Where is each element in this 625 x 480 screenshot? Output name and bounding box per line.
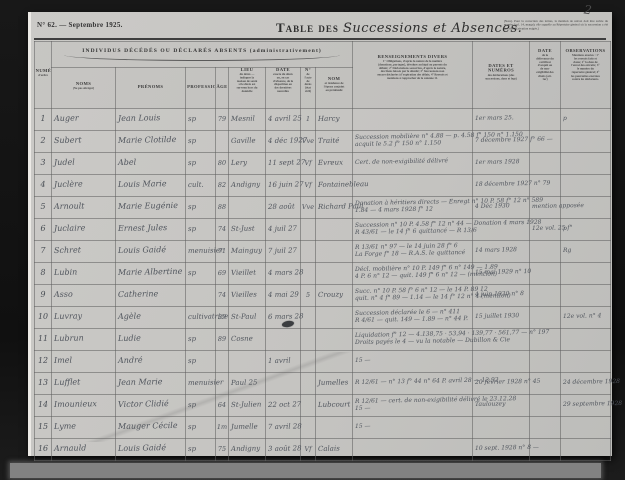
page-title-main: Successions et Absences. bbox=[343, 21, 522, 36]
cell-date: 4 mai 29 bbox=[266, 284, 301, 306]
column-header-noms: NOMS(Ne pas abréger) bbox=[52, 68, 116, 109]
cell-lieu: St-Just bbox=[229, 218, 266, 240]
table-row: 3JudelAbelsp80Lery11 sept 27VfEvreuxCert… bbox=[35, 152, 611, 174]
cell-profession: cultivatrice bbox=[186, 306, 216, 328]
header-rule bbox=[34, 38, 606, 40]
page-left-edge bbox=[28, 12, 31, 456]
cell-profession: cult. bbox=[186, 174, 216, 196]
cell-prenoms: Ludie bbox=[116, 328, 186, 350]
column-header-age: ÂGE bbox=[216, 68, 229, 109]
cell-paiement bbox=[530, 350, 561, 372]
table-row: 8LubinMarie Albertinesp69Vieillet4 mars … bbox=[35, 262, 611, 284]
cell-age bbox=[216, 350, 229, 372]
cell-acte bbox=[301, 372, 316, 394]
cell-acte: Vf bbox=[301, 438, 316, 460]
cell-obs: p bbox=[561, 218, 611, 240]
cell-date: 4 déc 1927 bbox=[266, 130, 301, 152]
cell-obs: p bbox=[561, 108, 611, 130]
cell-date: 22 oct 27 bbox=[266, 394, 301, 416]
cell-date: 7 avril 28 bbox=[266, 416, 301, 438]
cell-obs bbox=[561, 328, 611, 350]
cell-decl bbox=[473, 350, 530, 372]
cell-paiement bbox=[530, 416, 561, 438]
cell-lieu: Vieilles bbox=[229, 284, 266, 306]
cell-date bbox=[266, 372, 301, 394]
handwritten-page-number: 2 bbox=[583, 3, 593, 18]
column-header-obs: OBSERVATIONSMentions exactes : 1° les re… bbox=[561, 42, 611, 109]
table-row: 13LuffletJean MariemenuisierPaul 25Jumel… bbox=[35, 372, 611, 394]
cell-acte: 1 bbox=[301, 108, 316, 130]
cell-conjoint: Crouzy bbox=[316, 284, 353, 306]
cell-rens: Liquidation f° 12 — 4.138,75 · 53,94 · 1… bbox=[353, 328, 473, 350]
cell-decl: 15 juillet 1930 bbox=[473, 306, 530, 328]
cell-ordre: 10 bbox=[35, 306, 52, 328]
cell-conjoint bbox=[316, 350, 353, 372]
cell-age: 82 bbox=[216, 174, 229, 196]
cell-paiement bbox=[530, 284, 561, 306]
cell-age: 1m bbox=[216, 416, 229, 438]
cell-acte: Vf bbox=[301, 174, 316, 196]
cell-rens bbox=[353, 108, 473, 130]
cell-prenoms: Catherine bbox=[116, 284, 186, 306]
column-header-acte: N°de l'acte de décès (état civil) bbox=[301, 68, 316, 109]
cell-conjoint: Calais bbox=[316, 438, 353, 460]
cell-rens: Donation à héritiers directs — Enregt n°… bbox=[353, 196, 473, 218]
cell-prenoms: Louis Gaidé bbox=[116, 240, 186, 262]
cell-lieu: Cosne bbox=[229, 328, 266, 350]
cell-prenoms: Marie Albertine bbox=[116, 262, 186, 284]
cell-lieu: Vieillet bbox=[229, 262, 266, 284]
cell-decl: 20 février 1928 n° 45 bbox=[473, 372, 530, 394]
cell-profession: sp bbox=[186, 328, 216, 350]
issue-number: N° 62. — Septembre 1925. bbox=[37, 21, 123, 29]
cell-lieu: Andigny bbox=[229, 174, 266, 196]
cell-profession: sp bbox=[186, 130, 216, 152]
cell-rens: Succession déclarée le 6 — n° 411R 4/61 … bbox=[353, 306, 473, 328]
cell-paiement bbox=[530, 306, 561, 328]
successions-table: NUMÉROd'ordreINDIVIDUS DÉCÉDÉS OU DÉCLAR… bbox=[34, 41, 611, 461]
cell-date: 7 juil 27 bbox=[266, 240, 301, 262]
cell-paiement bbox=[530, 240, 561, 262]
cell-acte bbox=[301, 350, 316, 372]
column-header-prenoms: PRÉNOMS bbox=[116, 68, 186, 109]
cell-lieu: Paul 25 bbox=[229, 372, 266, 394]
cell-paiement bbox=[530, 394, 561, 416]
cell-acte bbox=[301, 240, 316, 262]
cell-profession: menuisier bbox=[186, 240, 216, 262]
cell-prenoms: Jean Marie bbox=[116, 372, 186, 394]
cell-ordre: 9 bbox=[35, 284, 52, 306]
cell-obs bbox=[561, 350, 611, 372]
cell-ordre: 2 bbox=[35, 130, 52, 152]
table-row: 12ImelAndrésp1 avril15 — bbox=[35, 350, 611, 372]
cell-conjoint: Jumelles bbox=[316, 372, 353, 394]
column-header-rens: RENSEIGNEMENTS DIVERS1° Obligations, d'a… bbox=[353, 42, 473, 109]
table-row: 11LubrunLudiesp89CosneLiquidation f° 12 … bbox=[35, 328, 611, 350]
cell-acte bbox=[301, 328, 316, 350]
cell-noms: Lufflet bbox=[52, 372, 116, 394]
cell-rens: Cert. de non-exigibilité délivré bbox=[353, 152, 473, 174]
cell-noms: Auger bbox=[52, 108, 116, 130]
cell-date: 1 avril bbox=[266, 350, 301, 372]
cell-ordre: 8 bbox=[35, 262, 52, 284]
cell-noms: Lubin bbox=[52, 262, 116, 284]
cell-rens: Décl. mobilière n° 10 P. 149 f° 6 n° 149… bbox=[353, 262, 473, 284]
cell-noms: Lubrun bbox=[52, 328, 116, 350]
cell-obs bbox=[561, 284, 611, 306]
column-header-decl: DATES ET NUMÉROSdes déclarations (des su… bbox=[473, 42, 530, 109]
cell-prenoms: Louis Gaidé bbox=[116, 438, 186, 460]
page-title: Table des Successions et Absences. bbox=[276, 19, 522, 37]
cell-date: 28 août bbox=[266, 196, 301, 218]
table-row: 6JuclaireErnest Julessp74St-Just4 juil 2… bbox=[35, 218, 611, 240]
cell-age: 69 bbox=[216, 262, 229, 284]
cell-profession: sp bbox=[186, 262, 216, 284]
cell-ordre: 4 bbox=[35, 174, 52, 196]
cell-ordre: 11 bbox=[35, 328, 52, 350]
cell-noms: Judel bbox=[52, 152, 116, 174]
cell-noms: Imounieux bbox=[52, 394, 116, 416]
cell-paiement bbox=[530, 152, 561, 174]
cell-ordre: 13 bbox=[35, 372, 52, 394]
printed-nota: (Nota). Pour la correction des lettres, … bbox=[504, 20, 608, 31]
cell-noms: Juclère bbox=[52, 174, 116, 196]
cell-age: 59 bbox=[216, 306, 229, 328]
cell-noms: Luvray bbox=[52, 306, 116, 328]
cell-prenoms: Jean Louis bbox=[116, 108, 186, 130]
cell-profession: sp bbox=[186, 108, 216, 130]
cell-decl: 18 décembre 1927 n° 79 bbox=[473, 174, 530, 196]
cell-noms: Lyme bbox=[52, 416, 116, 438]
cell-ordre: 6 bbox=[35, 218, 52, 240]
cell-acte: 5 bbox=[301, 284, 316, 306]
cell-age bbox=[216, 130, 229, 152]
cell-ordre: 5 bbox=[35, 196, 52, 218]
table-row: 14ImounieuxVictor Clidiésp64St-Julien22 … bbox=[35, 394, 611, 416]
cell-conjoint bbox=[316, 328, 353, 350]
group-header-individus: INDIVIDUS DÉCÉDÉS OU DÉCLARÉS ABSENTS (a… bbox=[52, 42, 353, 68]
cell-rens bbox=[353, 438, 473, 460]
cell-ordre: 14 bbox=[35, 394, 52, 416]
cell-profession: sp bbox=[186, 394, 216, 416]
cell-noms: Asso bbox=[52, 284, 116, 306]
register-page: N° 62. — Septembre 1925. Table des Succe… bbox=[28, 12, 612, 456]
cell-obs bbox=[561, 416, 611, 438]
cell-lieu: Jumelle bbox=[229, 416, 266, 438]
table-row: 16ArnauldLouis Gaidésp75Andigny3 août 28… bbox=[35, 438, 611, 460]
cell-date: 4 mars 28 bbox=[266, 262, 301, 284]
cell-rens: 15 — bbox=[353, 416, 473, 438]
cell-obs bbox=[561, 152, 611, 174]
cell-rens: Succ. n° 10 P. 58 f° 6 n° 12 — le 14 P. … bbox=[353, 284, 473, 306]
cell-date: 4 juil 27 bbox=[266, 218, 301, 240]
cell-noms: Imel bbox=[52, 350, 116, 372]
cell-conjoint: Fontainebleau bbox=[316, 174, 353, 196]
cell-prenoms: André bbox=[116, 350, 186, 372]
cell-lieu: St-Paul bbox=[229, 306, 266, 328]
cell-rens bbox=[353, 174, 473, 196]
table-row: 5ArnoultMarie Eugéniesp8828 aoûtVveRicha… bbox=[35, 196, 611, 218]
table-row: 9AssoCatherine74Vieilles4 mai 295CrouzyS… bbox=[35, 284, 611, 306]
cell-ordre: 12 bbox=[35, 350, 52, 372]
cell-obs: 29 septembre 1928 bbox=[561, 394, 611, 416]
cell-acte bbox=[301, 416, 316, 438]
cell-decl: 1er mars 25. bbox=[473, 108, 530, 130]
table-row: 15LymeMauger Cécilesp1mJumelle7 avril 28… bbox=[35, 416, 611, 438]
cell-lieu bbox=[229, 196, 266, 218]
cell-paiement bbox=[530, 262, 561, 284]
cell-age: 64 bbox=[216, 394, 229, 416]
cell-prenoms: Mauger Cécile bbox=[116, 416, 186, 438]
cell-date: 4 avril 25 bbox=[266, 108, 301, 130]
cell-ordre: 3 bbox=[35, 152, 52, 174]
cell-ordre: 1 bbox=[35, 108, 52, 130]
cell-rens: R 13/61 n° 97 — le 14 juin 28 f° 6La For… bbox=[353, 240, 473, 262]
cell-rens: Succession n° 10 P. 4.58 f° 12 n° 44 — D… bbox=[353, 218, 473, 240]
cell-rens: Succession mobilière n° 4.88 — p. 4.58 f… bbox=[353, 130, 473, 152]
cell-decl: 14 mars 1928 bbox=[473, 240, 530, 262]
cell-date: 3 août 28 bbox=[266, 438, 301, 460]
cell-profession bbox=[186, 284, 216, 306]
column-header-profession: PROFESSION bbox=[186, 68, 216, 109]
column-header-paiement: DATEde la délivrance du certificat d'acq… bbox=[530, 42, 561, 109]
cell-profession: sp bbox=[186, 438, 216, 460]
cell-age: 80 bbox=[216, 152, 229, 174]
cell-lieu: Andigny bbox=[229, 438, 266, 460]
cell-prenoms: Louis Marie bbox=[116, 174, 186, 196]
scanner-bed-strip bbox=[10, 463, 601, 478]
cell-profession: sp bbox=[186, 196, 216, 218]
cell-acte: Vve bbox=[301, 196, 316, 218]
table-row: 2SubertMarie ClotildespGaville4 déc 1927… bbox=[35, 130, 611, 152]
cell-conjoint: Lubcourt bbox=[316, 394, 353, 416]
column-header-lieu: LIEUdu décès — indiquer la maison de san… bbox=[229, 68, 266, 109]
cell-obs bbox=[561, 438, 611, 460]
cell-acte bbox=[301, 218, 316, 240]
cell-conjoint bbox=[316, 416, 353, 438]
cell-rens: R 12/61 — n° 13 f° 44 n° 64 P. avril 28 … bbox=[353, 372, 473, 394]
cell-profession: menuisier bbox=[186, 372, 216, 394]
cell-conjoint: Richard Paul bbox=[316, 196, 353, 218]
table-row: 7SchretLouis Gaidémenuisier71Mainguy7 ju… bbox=[35, 240, 611, 262]
cell-age: 79 bbox=[216, 108, 229, 130]
cell-obs bbox=[561, 174, 611, 196]
cell-rens: R 12/61 — cert. de non-exigibilité déliv… bbox=[353, 394, 473, 416]
cell-obs: 24 décembre 1928 bbox=[561, 372, 611, 394]
cell-profession: sp bbox=[186, 218, 216, 240]
table-row: 1AugerJean Louissp79Mesnil4 avril 251Har… bbox=[35, 108, 611, 130]
cell-prenoms: Victor Clidié bbox=[116, 394, 186, 416]
cell-decl: 10 sept. 1928 n° 8 — bbox=[473, 438, 530, 460]
cell-decl bbox=[473, 416, 530, 438]
cell-age: 71 bbox=[216, 240, 229, 262]
cell-age: 75 bbox=[216, 438, 229, 460]
cell-conjoint bbox=[316, 240, 353, 262]
cell-noms: Subert bbox=[52, 130, 116, 152]
cell-profession: sp bbox=[186, 152, 216, 174]
cell-conjoint bbox=[316, 306, 353, 328]
cell-age: 88 bbox=[216, 196, 229, 218]
cell-conjoint bbox=[316, 262, 353, 284]
cell-prenoms: Marie Clotilde bbox=[116, 130, 186, 152]
cell-age: 74 bbox=[216, 218, 229, 240]
cell-conjoint: Evreux bbox=[316, 152, 353, 174]
cell-lieu: Mainguy bbox=[229, 240, 266, 262]
cell-ordre: 7 bbox=[35, 240, 52, 262]
cell-rens: 15 — bbox=[353, 350, 473, 372]
cell-obs: Rg bbox=[561, 240, 611, 262]
cell-age: 74 bbox=[216, 284, 229, 306]
cell-prenoms: Ernest Jules bbox=[116, 218, 186, 240]
scanned-register-background: N° 62. — Septembre 1925. Table des Succe… bbox=[0, 0, 625, 480]
cell-conjoint bbox=[316, 218, 353, 240]
cell-prenoms: Agèle bbox=[116, 306, 186, 328]
table-row: 4JuclèreLouis Mariecult.82Andigny16 juin… bbox=[35, 174, 611, 196]
cell-obs bbox=[561, 130, 611, 152]
cell-age: 89 bbox=[216, 328, 229, 350]
cell-lieu: Gaville bbox=[229, 130, 266, 152]
cell-profession: sp bbox=[186, 350, 216, 372]
cell-acte: Vf bbox=[301, 152, 316, 174]
cell-noms: Arnauld bbox=[52, 438, 116, 460]
table-row: 10LuvrayAgèlecultivatrice59St-Paul6 mars… bbox=[35, 306, 611, 328]
cell-prenoms: Marie Eugénie bbox=[116, 196, 186, 218]
cell-lieu: Lery bbox=[229, 152, 266, 174]
cell-lieu: St-Julien bbox=[229, 394, 266, 416]
column-header-conjoint: NOMet résidence de l'époux conjoint ou p… bbox=[316, 68, 353, 109]
cell-noms: Arnoult bbox=[52, 196, 116, 218]
column-header-ordre: NUMÉROd'ordre bbox=[35, 42, 52, 109]
cell-ordre: 15 bbox=[35, 416, 52, 438]
cell-date: 16 juin 27 bbox=[266, 174, 301, 196]
cell-acte: Vve bbox=[301, 130, 316, 152]
cell-prenoms: Abel bbox=[116, 152, 186, 174]
cell-ordre: 16 bbox=[35, 438, 52, 460]
group-brace bbox=[64, 55, 340, 61]
cell-conjoint: Traité bbox=[316, 130, 353, 152]
cell-date bbox=[266, 328, 301, 350]
column-header-date: DATEexacte du décès ou, en cas d'absence… bbox=[266, 68, 301, 109]
cell-lieu bbox=[229, 350, 266, 372]
cell-obs: 12e vol. n° 4 bbox=[561, 306, 611, 328]
cell-noms: Juclaire bbox=[52, 218, 116, 240]
cell-acte bbox=[301, 394, 316, 416]
cell-noms: Schret bbox=[52, 240, 116, 262]
cell-decl: 1er mars 1928 bbox=[473, 152, 530, 174]
cell-date: 11 sept 27 bbox=[266, 152, 301, 174]
cell-lieu: Mesnil bbox=[229, 108, 266, 130]
cell-conjoint: Harcy bbox=[316, 108, 353, 130]
cell-profession: sp bbox=[186, 416, 216, 438]
cell-obs bbox=[561, 262, 611, 284]
cell-paiement bbox=[530, 108, 561, 130]
page-title-prefix: Table des bbox=[276, 20, 339, 35]
